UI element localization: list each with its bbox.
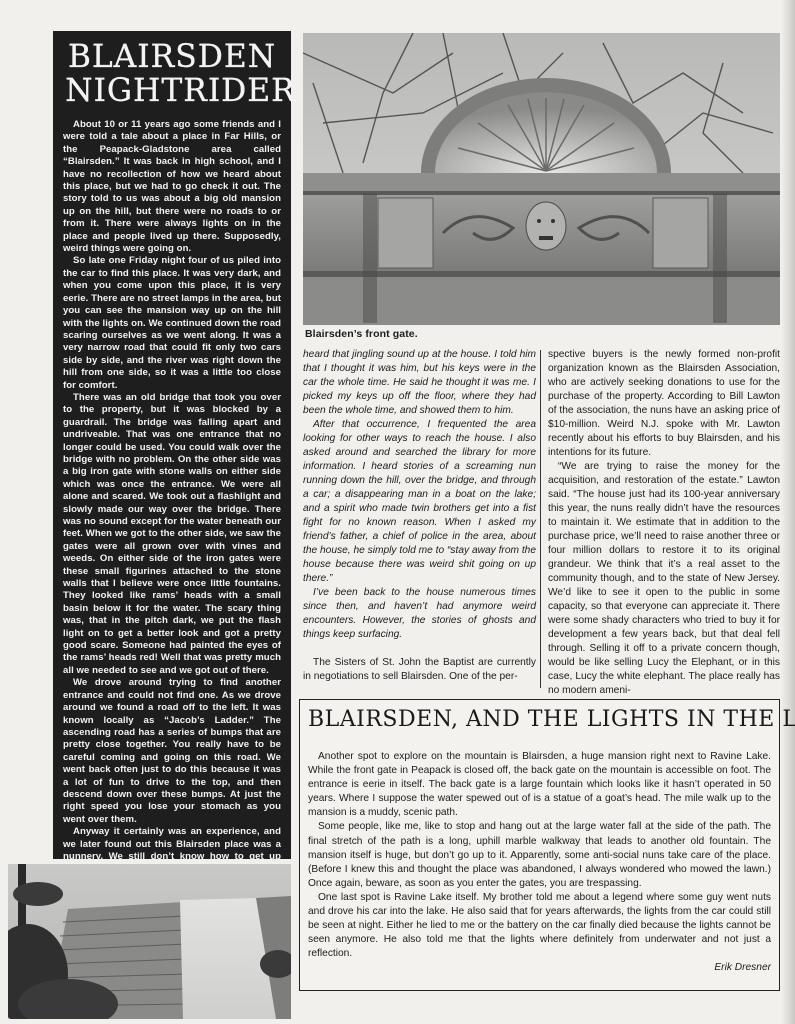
- photo-waterfall: [8, 864, 291, 1019]
- page-edge-shadow: [781, 0, 795, 1024]
- waterfall-photo-illustration: [8, 864, 291, 1019]
- boxed-article: BLAIRSDEN, AND THE LIGHTS IN THE LAKE An…: [299, 699, 780, 991]
- sidebar-paragraph: So late one Friday night four of us pile…: [63, 255, 281, 391]
- boxed-paragraph: One last spot is Ravine Lake itself. My …: [308, 891, 771, 961]
- middle-paragraph: I’ve been back to the house numerous tim…: [303, 586, 536, 642]
- boxed-paragraph: Some people, like me, like to stop and h…: [308, 820, 771, 890]
- sidebar-paragraph: There was an old bridge that took you ov…: [63, 392, 281, 677]
- right-column: spective buyers is the newly formed non-…: [548, 348, 780, 698]
- title-line-2: NIGHTRIDER: [65, 73, 279, 107]
- boxed-paragraph: Another spot to explore on the mountain …: [308, 750, 771, 820]
- middle-paragraph: heard that jingling sound up at the hous…: [303, 348, 536, 418]
- column-divider: [540, 350, 541, 688]
- photo-caption: Blairsden’s front gate.: [305, 328, 418, 340]
- boxed-article-title: BLAIRSDEN, AND THE LIGHTS IN THE LAKE: [308, 706, 771, 734]
- gate-photo-illustration: [303, 33, 780, 325]
- right-paragraph: “We are trying to raise the money for th…: [548, 460, 780, 698]
- middle-paragraph: After that occurrence, I frequented the …: [303, 418, 536, 586]
- sidebar-story: BLAIRSDEN NIGHTRIDER About 10 or 11 year…: [53, 31, 291, 859]
- sidebar-paragraph: About 10 or 11 years ago some friends an…: [63, 119, 281, 255]
- sidebar-story-title: BLAIRSDEN NIGHTRIDER: [65, 39, 279, 107]
- photo-front-gate: [303, 33, 780, 325]
- right-paragraph: spective buyers is the newly formed non-…: [548, 348, 780, 460]
- sidebar-paragraph: We drove around trying to find another e…: [63, 677, 281, 826]
- boxed-article-author: Erik Dresner: [308, 961, 771, 975]
- middle-column: heard that jingling sound up at the hous…: [303, 348, 536, 684]
- title-line-1: BLAIRSDEN: [65, 39, 279, 73]
- middle-paragraph: The Sisters of St. John the Baptist are …: [303, 656, 536, 684]
